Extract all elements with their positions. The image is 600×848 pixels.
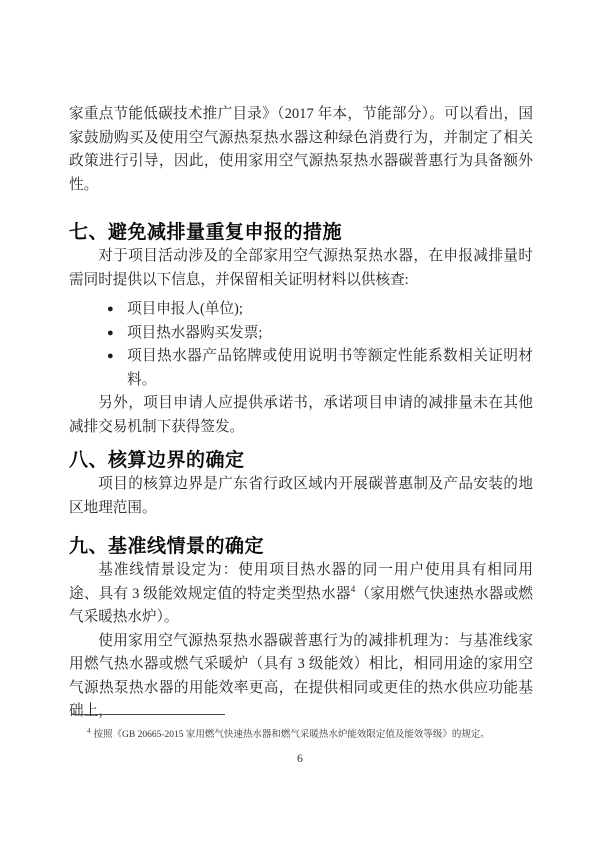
section-9-paragraph-2: 使用家用空气源热泵热水器碳普惠行为的减排机理为：与基准线家用燃气热水器或燃气采暖…	[69, 630, 533, 724]
bullet-icon: ●	[107, 298, 127, 322]
list-item: ● 项目申报人(单位);	[69, 298, 533, 322]
bullet-icon: ●	[107, 345, 127, 392]
document-page: 家重点节能低碳技术推广目录》（2017 年本，节能部分）。可以看出，国家鼓励购买…	[0, 0, 600, 848]
list-item: ● 项目热水器产品铭牌或使用说明书等额定性能系数相关证明材料。	[69, 345, 533, 392]
section-9-paragraph-1: 基准线情景设定为：使用项目热水器的同一用户使用具有相同用途、具有 3 级能效规定…	[69, 559, 533, 630]
section-8-heading: 八、核算边界的确定	[69, 449, 533, 473]
page-number: 6	[0, 751, 600, 765]
continuation-paragraph: 家重点节能低碳技术推广目录》（2017 年本，节能部分）。可以看出，国家鼓励购买…	[69, 103, 533, 197]
list-item-text: 项目热水器购买发票;	[127, 322, 262, 346]
section-9-heading: 九、基准线情景的确定	[69, 535, 533, 559]
page-content: 家重点节能低碳技术推广目录》（2017 年本，节能部分）。可以看出，国家鼓励购买…	[69, 103, 533, 724]
required-info-list: ● 项目申报人(单位); ● 项目热水器购买发票; ● 项目热水器产品铭牌或使用…	[69, 298, 533, 392]
section-7-closing-paragraph: 另外，项目申请人应提供承诺书，承诺项目申请的减排量未在其他减排交易机制下获得签发…	[69, 392, 533, 439]
footnote-marker: 4	[87, 727, 91, 735]
section-7-intro-paragraph: 对于项目活动涉及的全部家用空气源热泵热水器，在申报减排量时需同时提供以下信息，并…	[69, 245, 533, 292]
footnote-text: 按照《GB 20665-2015 家用燃气快速热水器和燃气采暖热水炉能效限定值及…	[94, 730, 490, 740]
section-7-heading: 七、避免减排量重复申报的措施	[69, 221, 533, 245]
bullet-icon: ●	[107, 322, 127, 346]
section-8-body-paragraph: 项目的核算边界是广东省行政区域内开展碳普惠制及产品安装的地区地理范围。	[69, 473, 533, 520]
list-item-text: 项目申报人(单位);	[127, 298, 243, 322]
footnote: 4按照《GB 20665-2015 家用燃气快速热水器和燃气采暖热水炉能效限定值…	[70, 729, 527, 742]
list-item-text: 项目热水器产品铭牌或使用说明书等额定性能系数相关证明材料。	[127, 345, 533, 392]
list-item: ● 项目热水器购买发票;	[69, 322, 533, 346]
footnote-separator-line	[71, 714, 225, 715]
